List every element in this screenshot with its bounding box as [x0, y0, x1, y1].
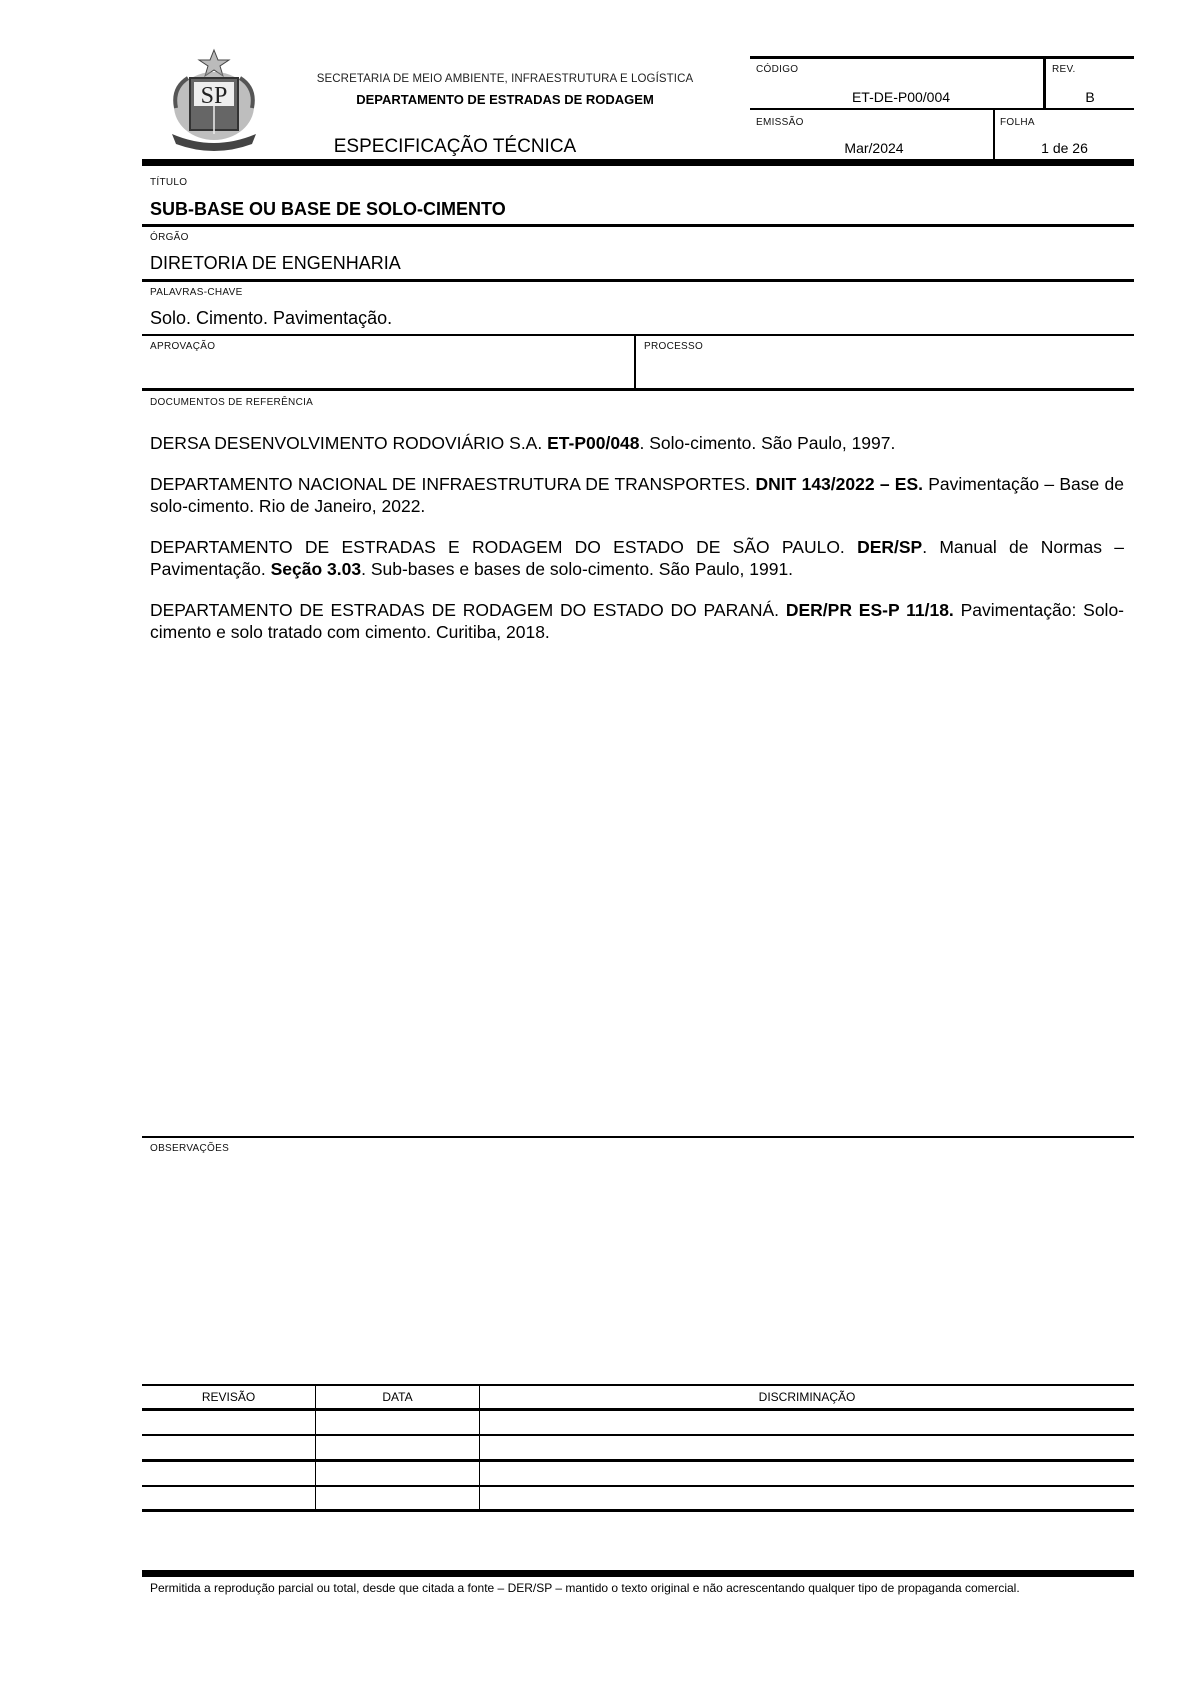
table-row [142, 1434, 1134, 1436]
footer-notice: Permitida a reprodução parcial ou total,… [150, 1580, 1130, 1597]
divider [142, 334, 1134, 336]
reference-item: DEPARTAMENTO DE ESTRADAS E RODAGEM DO ES… [150, 536, 1124, 580]
table-row [142, 1485, 1134, 1487]
palavras-chave-value: Solo. Cimento. Pavimentação. [150, 308, 392, 329]
processo-label: PROCESSO [644, 341, 703, 352]
observacoes-label: OBSERVAÇÕES [150, 1143, 229, 1154]
reference-item: DEPARTAMENTO DE ESTRADAS DE RODAGEM DO E… [150, 599, 1124, 643]
folha-label: FOLHA [1000, 117, 1035, 128]
divider [634, 335, 636, 389]
divider [142, 1136, 1134, 1138]
footer-rule [142, 1570, 1134, 1577]
sao-paulo-coat-of-arms-logo: SP [166, 48, 262, 152]
column-header-data: DATA [316, 1390, 479, 1404]
column-header-discriminacao: DISCRIMINAÇÃO [480, 1390, 1134, 1404]
divider [479, 1385, 480, 1511]
palavras-chave-label: PALAVRAS-CHAVE [150, 287, 243, 298]
column-header-revisao: REVISÃO [142, 1390, 315, 1404]
table-row [142, 1459, 1134, 1462]
divider [750, 108, 1134, 110]
codigo-label: CÓDIGO [756, 64, 798, 75]
table-row [142, 1509, 1134, 1512]
titulo-label: TÍTULO [150, 177, 187, 188]
rev-value: B [1046, 89, 1134, 105]
divider [142, 1384, 1134, 1386]
rev-label: REV. [1052, 64, 1076, 75]
divider [142, 388, 1134, 391]
document-title: SUB-BASE OU BASE DE SOLO-CIMENTO [150, 199, 506, 220]
divider [142, 279, 1134, 282]
documentos-referencia-label: DOCUMENTOS DE REFERÊNCIA [150, 397, 313, 408]
divider [315, 1385, 316, 1511]
aprovacao-label: APROVAÇÃO [150, 341, 215, 352]
reference-item: DERSA DESENVOLVIMENTO RODOVIÁRIO S.A. ET… [150, 432, 1124, 454]
header-rule [142, 159, 1134, 166]
orgao-label: ÓRGÃO [150, 232, 189, 243]
divider [142, 224, 1134, 227]
secretaria-name: SECRETARIA DE MEIO AMBIENTE, INFRAESTRUT… [290, 73, 720, 85]
document-type: ESPECIFICAÇÃO TÉCNICA [290, 136, 620, 158]
reference-item: DEPARTAMENTO NACIONAL DE INFRAESTRUTURA … [150, 473, 1124, 517]
folha-value: 1 de 26 [995, 140, 1134, 156]
orgao-value: DIRETORIA DE ENGENHARIA [150, 253, 401, 274]
emissao-label: EMISSÃO [756, 117, 804, 128]
emissao-value: Mar/2024 [756, 140, 992, 156]
reference-list: DERSA DESENVOLVIMENTO RODOVIÁRIO S.A. ET… [150, 432, 1124, 662]
department-name: DEPARTAMENTO DE ESTRADAS DE RODAGEM [290, 92, 720, 107]
divider [142, 1408, 1134, 1411]
divider [750, 56, 1134, 59]
codigo-value: ET-DE-P00/004 [756, 89, 1046, 105]
